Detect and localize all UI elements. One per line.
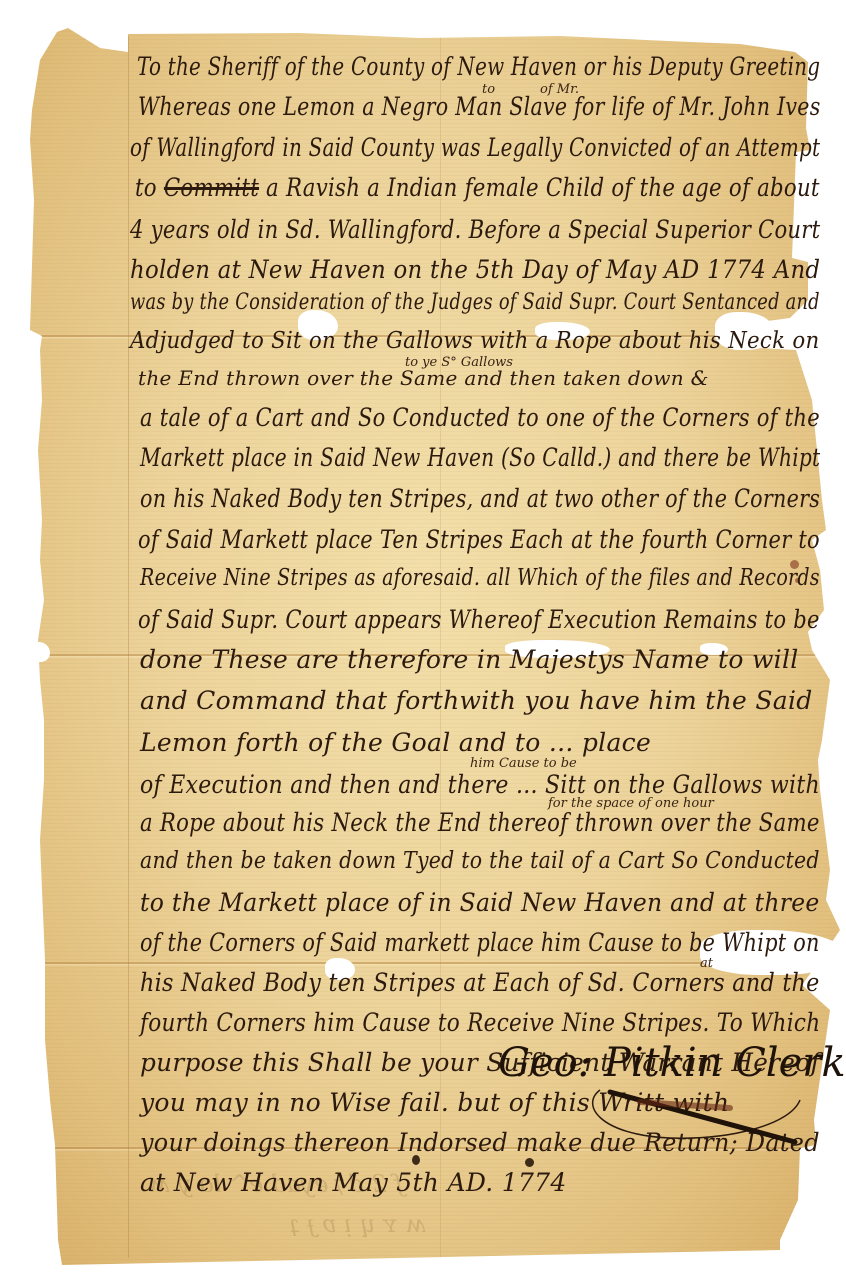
text-line: to the Markett place of in Said New Have… [140, 888, 820, 917]
struck-word: Committ [164, 173, 259, 202]
text-line: holden at New Haven on the 5th Day of Ma… [130, 255, 820, 284]
text-line: Lemon forth of the Goal and to ... place [140, 728, 651, 757]
text-line: 4 years old in Sd. Wallingford. Before a… [130, 215, 820, 244]
text-line: Whereas one Lemon a Negro Man Slave for … [138, 92, 821, 121]
text-line: Markett place in Said New Haven (So Call… [140, 443, 820, 472]
text-line: his Naked Body ten Stripes at Each of Sd… [140, 968, 820, 997]
interlineation: at [700, 956, 713, 971]
text-line: of Said Supr. Court appears Whereof Exec… [138, 605, 820, 634]
text-line: Receive Nine Stripes as aforesaid. all W… [140, 565, 820, 591]
text-line: fourth Corners him Cause to Receive Nine… [140, 1008, 820, 1037]
text-line: a tale of a Cart and So Conducted to one… [140, 403, 820, 432]
text-line: Adjudged to Sit on the Gallows with a Ro… [130, 328, 819, 354]
interlineation: of Mr. [540, 82, 579, 97]
text-line: of Said Markett place Ten Stripes Each a… [138, 525, 820, 554]
text-line: done These are therefore in Majestys Nam… [140, 645, 799, 674]
text-line: of the Corners of Said markett place him… [140, 928, 820, 957]
text-line: on his Naked Body ten Stripes, and at tw… [140, 484, 820, 513]
text-line: to Committ a Ravish a Indian female Chil… [135, 173, 820, 202]
interlineation: to [482, 82, 495, 97]
text-line: of Execution and then and there ... Sitt… [140, 770, 820, 799]
text-line: To the Sheriff of the County of New Have… [137, 52, 820, 81]
text-line: and Command that forthwith you have him … [140, 686, 813, 715]
interlineation: to ye S° Gallows [405, 355, 513, 370]
text-line: a Rope about his Neck the End thereof th… [140, 808, 820, 837]
interlineation: for the space of one hour [548, 796, 714, 811]
text-line: of Wallingford in Said County was Legall… [130, 133, 820, 162]
signature-flourish [580, 1080, 810, 1150]
handwritten-text: To the Sheriff of the County of New Have… [0, 0, 846, 1288]
text-line: was by the Consideration of the Judges o… [130, 290, 820, 315]
text-line: and then be taken down Tyed to the tail … [140, 848, 820, 874]
text-line: at New Haven May 5th AD. 1774 [140, 1168, 567, 1197]
interlineation: him Cause to be [470, 756, 577, 771]
